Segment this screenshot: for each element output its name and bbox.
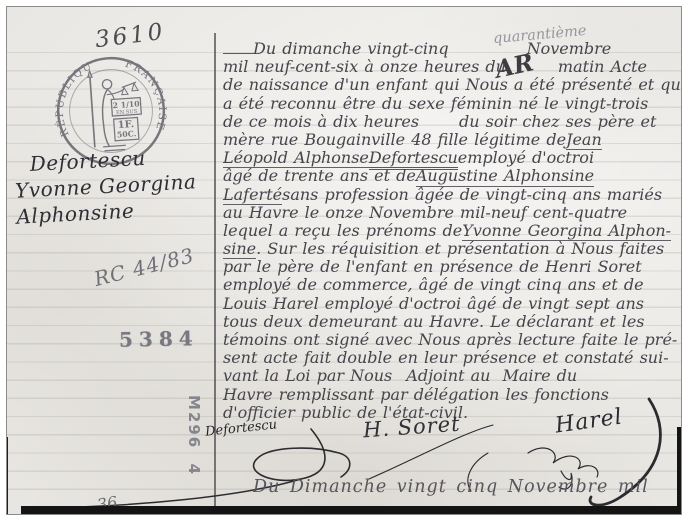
scan-edge-bottom (21, 506, 682, 515)
scanned-register-page: 3610 (6, 6, 682, 515)
scan-edge-right (677, 427, 682, 514)
scan-edge-left (6, 437, 8, 514)
next-act-first-line: Du Dimanche vingt cinq Novembre mil (253, 477, 649, 497)
signature-flourishes (7, 7, 682, 515)
